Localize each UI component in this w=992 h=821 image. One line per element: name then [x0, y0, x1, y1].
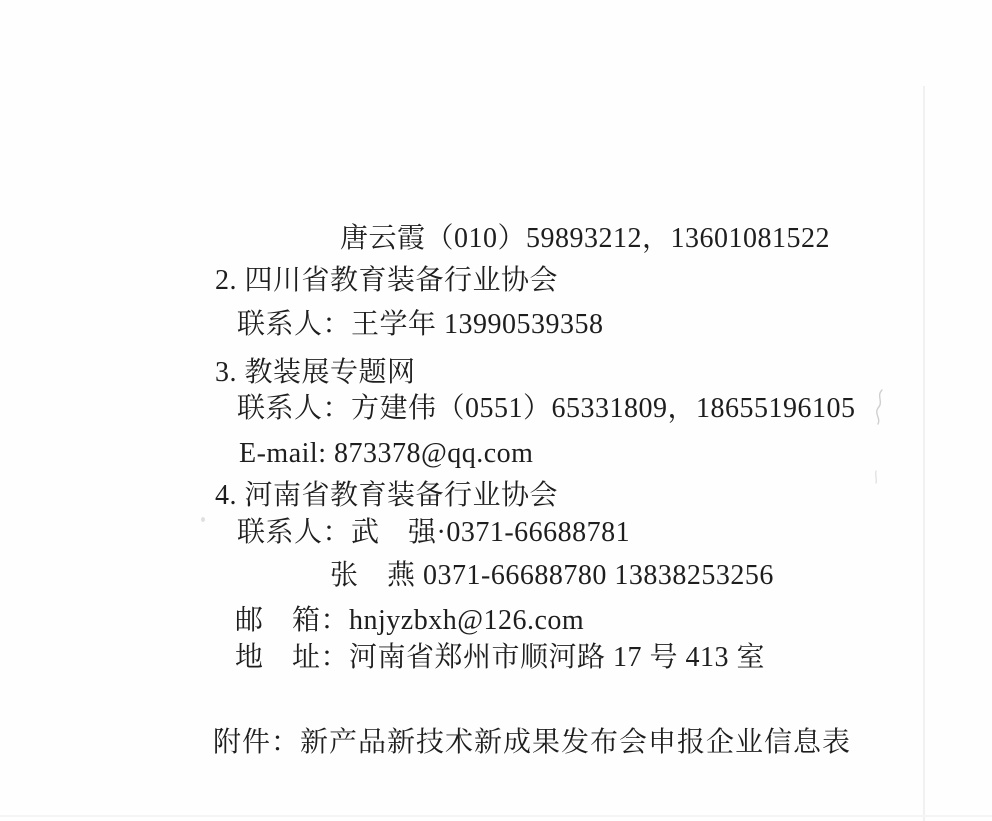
contact-line-fang-jianwei: 联系人：方建伟（0551）65331809，18655196105 [237, 392, 856, 426]
scan-bottom-edge-line [0, 815, 992, 817]
address-line-henan: 地 址：河南省郑州市顺河路 17 号 413 室 [235, 641, 765, 675]
email-line-henan: 邮 箱：hnjyzbxh@126.com [235, 604, 584, 638]
scan-smudge-mark [872, 388, 888, 428]
scan-dot-mark [201, 517, 205, 522]
scan-page-edge-line [923, 86, 925, 821]
org-henan-title: 4. 河南省教育装备行业协会 [215, 479, 558, 513]
contact-line-zhang-yan: 张 燕 0371-66688780 13838253256 [330, 559, 774, 593]
scanned-document-page: 唐云霞（010）59893212，13601081522 2. 四川省教育装备行… [0, 0, 992, 821]
org-jiaozhuangzhan-title: 3. 教装展专题网 [215, 356, 416, 390]
contact-line-tang-yunxia: 唐云霞（010）59893212，13601081522 [340, 222, 830, 256]
contact-line-wang-xuenian: 联系人：王学年 13990539358 [237, 308, 604, 342]
email-line-jiaozhuangzhan: E-mail: 873378@qq.com [239, 437, 533, 471]
org-sichuan-title: 2. 四川省教育装备行业协会 [215, 264, 558, 298]
attachment-note-line: 附件：新产品新技术新成果发布会申报企业信息表 [213, 726, 851, 760]
contact-line-wu-qiang: 联系人：武 强·0371-66688781 [237, 516, 630, 550]
scan-tick-mark [872, 470, 880, 484]
